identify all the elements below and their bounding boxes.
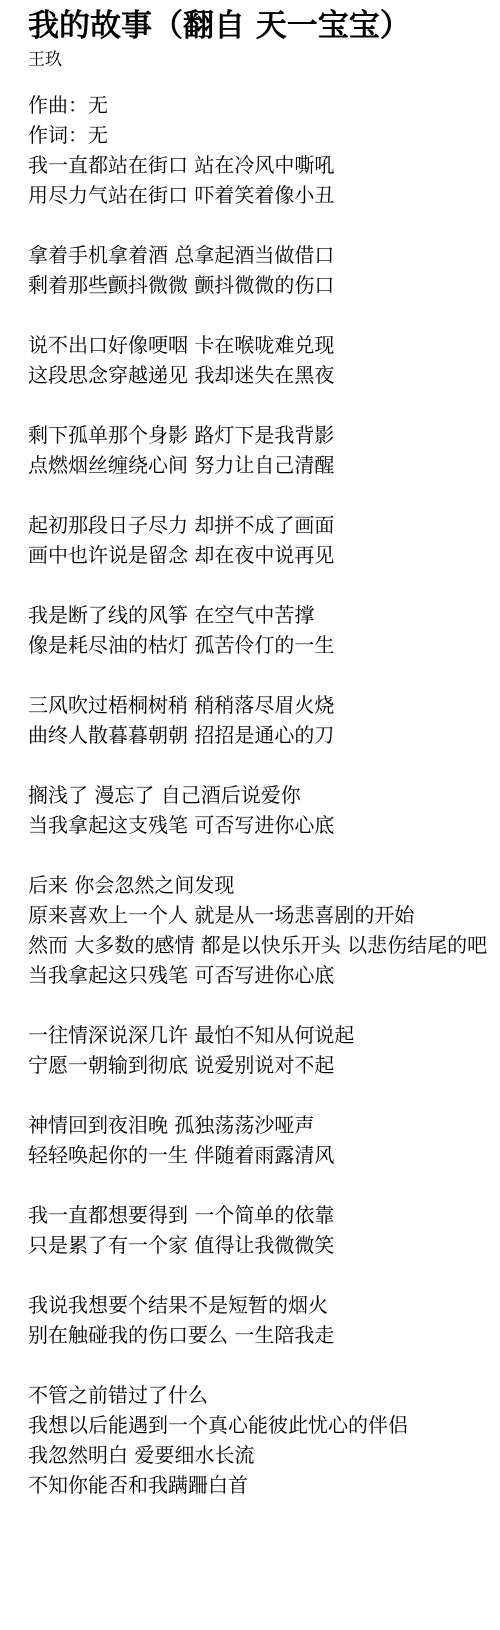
lyric-line: 这段思念穿越递见 我却迷失在黑夜 <box>28 360 500 390</box>
lyric-line: 我一直都站在街口 站在冷风中嘶吼 <box>28 150 500 180</box>
lyric-stanza: 搁浅了 漫忘了 自己酒后说爱你当我拿起这支残笔 可否写进你心底 <box>28 780 500 840</box>
lyric-line: 剩着那些颤抖微微 颤抖微微的伤口 <box>28 270 500 300</box>
lyric-stanza: 剩下孤单那个身影 路灯下是我背影点燃烟丝缠绕心间 努力让自己清醒 <box>28 420 500 480</box>
lyric-line: 像是耗尽油的枯灯 孤苦伶仃的一生 <box>28 630 500 660</box>
lyric-stanza: 不管之前错过了什么我想以后能遇到一个真心能彼此忧心的伴侣我忽然明白 爱要细水长流… <box>28 1380 500 1500</box>
lyric-line: 点燃烟丝缠绕心间 努力让自己清醒 <box>28 450 500 480</box>
lyric-line: 当我拿起这支残笔 可否写进你心底 <box>28 810 500 840</box>
lyric-line: 我想以后能遇到一个真心能彼此忧心的伴侣 <box>28 1410 500 1440</box>
lyric-line: 神情回到夜泪晚 孤独荡荡沙哑声 <box>28 1110 500 1140</box>
lyric-line: 搁浅了 漫忘了 自己酒后说爱你 <box>28 780 500 810</box>
lyric-line: 曲终人散暮暮朝朝 招招是通心的刀 <box>28 720 500 750</box>
lyric-line: 宁愿一朝输到彻底 说爱别说对不起 <box>28 1050 500 1080</box>
lyric-line: 不管之前错过了什么 <box>28 1380 500 1410</box>
lyric-stanza: 起初那段日子尽力 却拼不成了画面画中也许说是留念 却在夜中说再见 <box>28 510 500 570</box>
lyric-line: 当我拿起这只残笔 可否写进你心底 <box>28 960 500 990</box>
lyric-stanza: 说不出口好像哽咽 卡在喉咙难兑现这段思念穿越递见 我却迷失在黑夜 <box>28 330 500 390</box>
lyric-stanza: 作曲：无作词：无我一直都站在街口 站在冷风中嘶吼用尽力气站在街口 吓着笑着像小丑 <box>28 90 500 210</box>
lyric-line: 作曲：无 <box>28 90 500 120</box>
lyric-line: 别在触碰我的伤口要么 一生陪我走 <box>28 1320 500 1350</box>
lyric-line: 一往情深说深几许 最怕不知从何说起 <box>28 1020 500 1050</box>
lyric-line: 拿着手机拿着酒 总拿起酒当做借口 <box>28 240 500 270</box>
lyric-stanza: 一往情深说深几许 最怕不知从何说起宁愿一朝输到彻底 说爱别说对不起 <box>28 1020 500 1080</box>
song-title: 我的故事（翻自 天一宝宝） <box>28 6 500 46</box>
lyric-line: 三风吹过梧桐树稍 稍稍落尽眉火烧 <box>28 690 500 720</box>
lyric-line: 说不出口好像哽咽 卡在喉咙难兑现 <box>28 330 500 360</box>
lyric-line: 只是累了有一个家 值得让我微微笑 <box>28 1230 500 1260</box>
lyric-line: 我一直都想要得到 一个简单的依靠 <box>28 1200 500 1230</box>
lyric-line: 不知你能否和我蹒跚白首 <box>28 1470 500 1500</box>
lyric-line: 画中也许说是留念 却在夜中说再见 <box>28 540 500 570</box>
lyric-stanza: 神情回到夜泪晚 孤独荡荡沙哑声轻轻唤起你的一生 伴随着雨露清风 <box>28 1110 500 1170</box>
lyric-line: 我说我想要个结果不是短暂的烟火 <box>28 1290 500 1320</box>
lyric-stanza: 后来 你会忽然之间发现原来喜欢上一个人 就是从一场悲喜剧的开始然而 大多数的感情… <box>28 870 500 990</box>
lyric-line: 起初那段日子尽力 却拼不成了画面 <box>28 510 500 540</box>
lyric-line: 作词：无 <box>28 120 500 150</box>
lyric-stanza: 我是断了线的风筝 在空气中苦撑像是耗尽油的枯灯 孤苦伶仃的一生 <box>28 600 500 660</box>
lyric-stanza: 三风吹过梧桐树稍 稍稍落尽眉火烧曲终人散暮暮朝朝 招招是通心的刀 <box>28 690 500 750</box>
lyric-line: 后来 你会忽然之间发现 <box>28 870 500 900</box>
lyric-line: 用尽力气站在街口 吓着笑着像小丑 <box>28 180 500 210</box>
artist-name: 王玖 <box>28 48 500 72</box>
lyric-line: 然而 大多数的感情 都是以快乐开头 以悲伤结尾的吧 <box>28 930 500 960</box>
lyric-line: 我忽然明白 爱要细水长流 <box>28 1440 500 1470</box>
lyrics-body: 作曲：无作词：无我一直都站在街口 站在冷风中嘶吼用尽力气站在街口 吓着笑着像小丑… <box>28 90 500 1500</box>
lyric-line: 原来喜欢上一个人 就是从一场悲喜剧的开始 <box>28 900 500 930</box>
lyric-line: 剩下孤单那个身影 路灯下是我背影 <box>28 420 500 450</box>
lyrics-page: 我的故事（翻自 天一宝宝） 王玖 作曲：无作词：无我一直都站在街口 站在冷风中嘶… <box>0 0 500 1500</box>
lyric-stanza: 拿着手机拿着酒 总拿起酒当做借口剩着那些颤抖微微 颤抖微微的伤口 <box>28 240 500 300</box>
lyric-line: 我是断了线的风筝 在空气中苦撑 <box>28 600 500 630</box>
lyric-stanza: 我说我想要个结果不是短暂的烟火别在触碰我的伤口要么 一生陪我走 <box>28 1290 500 1350</box>
lyric-stanza: 我一直都想要得到 一个简单的依靠只是累了有一个家 值得让我微微笑 <box>28 1200 500 1260</box>
lyric-line: 轻轻唤起你的一生 伴随着雨露清风 <box>28 1140 500 1170</box>
